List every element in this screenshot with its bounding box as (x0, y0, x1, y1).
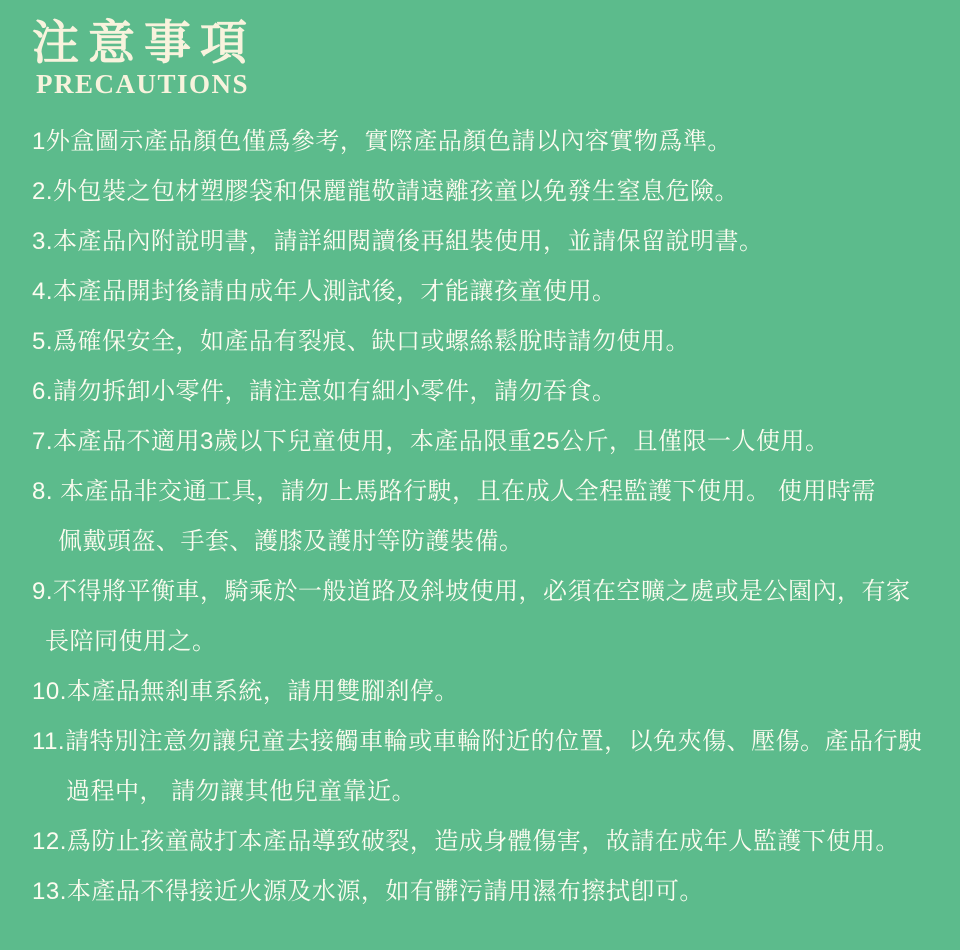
precaution-text: 9.不得將平衡車，騎乘於一般道路及斜坡使用，必須在空曠之處或是公園內，有家 (32, 567, 940, 617)
precaution-text: 13.本產品不得接近火源及水源，如有髒污請用濕布擦拭卽可。 (32, 867, 940, 917)
precaution-text: 11.請特別注意勿讓兒童去接觸車輪或車輪附近的位置，以免夾傷、壓傷。產品行駛 (32, 717, 940, 767)
precaution-text-continued: 長陪同使用之。 (32, 617, 940, 667)
precaution-item-2: 2.外包裝之包材塑膠袋和保麗龍敬請遠離孩童以免發生窒息危險。 (32, 167, 940, 217)
precaution-text: 3.本產品內附說明書，請詳細閱讀後再組裝使用，並請保留說明書。 (32, 217, 940, 267)
precaution-item-8: 8. 本產品非交通工具，請勿上馬路行駛，且在成人全程監護下使用。 使用時需 佩戴… (32, 467, 940, 567)
page-header: 注意事項 PRECAUTIONS (32, 18, 940, 100)
precaution-item-13: 13.本產品不得接近火源及水源，如有髒污請用濕布擦拭卽可。 (32, 867, 940, 917)
precaution-item-3: 3.本產品內附說明書，請詳細閱讀後再組裝使用，並請保留說明書。 (32, 217, 940, 267)
precaution-item-1: 1外盒圖示產品顏色僅爲參考，實際產品顏色請以內容實物爲準。 (32, 117, 940, 167)
precaution-text: 10.本產品無刹車系統，請用雙腳刹停。 (32, 667, 940, 717)
precaution-item-6: 6.請勿拆卸小零件，請注意如有細小零件，請勿吞食。 (32, 367, 940, 417)
precaution-item-10: 10.本產品無刹車系統，請用雙腳刹停。 (32, 667, 940, 717)
precautions-list: 1外盒圖示產品顏色僅爲參考，實際產品顏色請以內容實物爲準。 2.外包裝之包材塑膠… (32, 117, 940, 917)
precaution-text: 5.爲確保安全，如產品有裂痕、缺口或螺絲鬆脫時請勿使用。 (32, 317, 940, 367)
precaution-text-continued: 過程中， 請勿讓其他兒童靠近。 (32, 767, 940, 817)
page-subtitle: PRECAUTIONS (36, 69, 940, 100)
page-title: 注意事項 (32, 18, 940, 67)
precaution-item-9: 9.不得將平衡車，騎乘於一般道路及斜坡使用，必須在空曠之處或是公園內，有家 長陪… (32, 567, 940, 667)
precaution-text: 8. 本產品非交通工具，請勿上馬路行駛，且在成人全程監護下使用。 使用時需 (32, 467, 940, 517)
precaution-text: 6.請勿拆卸小零件，請注意如有細小零件，請勿吞食。 (32, 367, 940, 417)
precaution-text: 7.本產品不適用3歲以下兒童使用，本產品限重25公斤，且僅限一人使用。 (32, 417, 940, 467)
precaution-item-12: 12.爲防止孩童敲打本產品導致破裂，造成身體傷害，故請在成年人監護下使用。 (32, 817, 940, 867)
precaution-item-7: 7.本產品不適用3歲以下兒童使用，本產品限重25公斤，且僅限一人使用。 (32, 417, 940, 467)
precaution-text: 4.本產品開封後請由成年人測試後，才能讓孩童使用。 (32, 267, 940, 317)
precaution-text: 2.外包裝之包材塑膠袋和保麗龍敬請遠離孩童以免發生窒息危險。 (32, 167, 940, 217)
precautions-page: 注意事項 PRECAUTIONS 1外盒圖示產品顏色僅爲參考，實際產品顏色請以內… (0, 0, 960, 950)
precaution-item-11: 11.請特別注意勿讓兒童去接觸車輪或車輪附近的位置，以免夾傷、壓傷。產品行駛 過… (32, 717, 940, 817)
precaution-item-4: 4.本產品開封後請由成年人測試後，才能讓孩童使用。 (32, 267, 940, 317)
precaution-text: 1外盒圖示產品顏色僅爲參考，實際產品顏色請以內容實物爲準。 (32, 117, 940, 167)
precaution-item-5: 5.爲確保安全，如產品有裂痕、缺口或螺絲鬆脫時請勿使用。 (32, 317, 940, 367)
precaution-text: 12.爲防止孩童敲打本產品導致破裂，造成身體傷害，故請在成年人監護下使用。 (32, 817, 940, 867)
precaution-text-continued: 佩戴頭盔、手套、護膝及護肘等防護裝備。 (32, 517, 940, 567)
